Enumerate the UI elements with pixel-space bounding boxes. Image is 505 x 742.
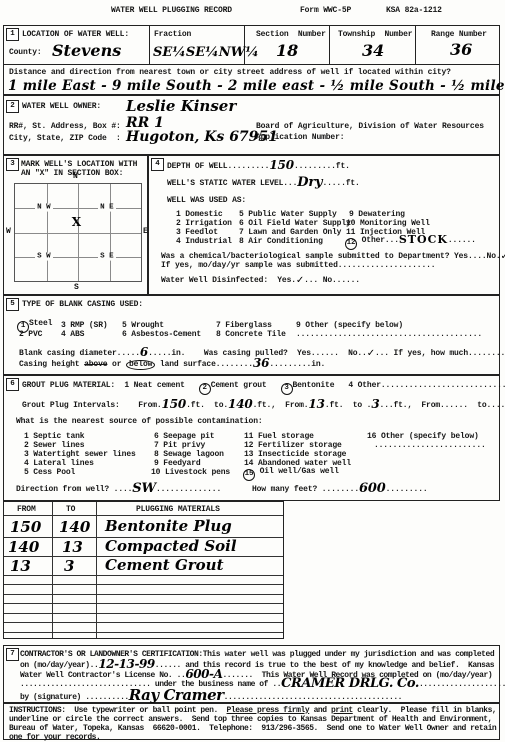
- interval-from1: 150: [162, 401, 187, 407]
- range-number-label: Range Number: [431, 30, 487, 39]
- contamination-option: 2 Sewer lines: [24, 441, 84, 450]
- township-number-label: Township Number: [338, 30, 412, 39]
- used-option: 2 Irrigation: [176, 219, 232, 228]
- used-option: 9 Dewatering: [349, 210, 405, 219]
- section4-number: 4: [151, 158, 164, 171]
- table-row-line: [4, 575, 283, 576]
- table-cell: 140: [59, 518, 90, 536]
- form-title: WATER WELL PLUGGING RECORD: [111, 6, 232, 15]
- compass-south-label: S: [74, 283, 79, 292]
- certification-line1: CONTRACTOR'S OR LANDOWNER'S CERTIFICATIO…: [20, 650, 494, 659]
- below-word-circled: below: [126, 360, 155, 370]
- static-water-level-line: WELL'S STATIC WATER LEVEL...Dry.....ft.: [167, 179, 360, 188]
- used-option-12-circled: 12: [345, 238, 357, 250]
- section5-title: TYPE OF BLANK CASING USED:: [22, 300, 143, 309]
- contamination-option: 4 Lateral lines: [24, 459, 94, 468]
- section3-mark-location-box: 3 MARK WELL'S LOCATION WITH AN "X" IN SE…: [3, 155, 148, 295]
- table-row-line: [4, 594, 283, 595]
- divider: [4, 64, 499, 65]
- casing-option: 4 ABS: [61, 330, 84, 339]
- section6-grout-box: 6 GROUT PLUG MATERIAL: 1 Neat cement 2Ce…: [3, 375, 500, 501]
- contamination-option: 7 Pit privy: [154, 441, 205, 450]
- section4-well-info-box: 4 DEPTH OF WELL.........150.........ft. …: [148, 155, 500, 295]
- contamination-option: 12 Fertilizer storage: [244, 441, 342, 450]
- interval-to2: 3: [371, 401, 379, 407]
- completed-date-value: 12-13-99: [98, 661, 154, 667]
- instructions-line3: Bureau of Water, Topeka, Kansas 66620-00…: [9, 724, 496, 733]
- table-cell: 13: [10, 557, 31, 575]
- disinfected-line: Water Well Disinfected: Yes.✓... No.....…: [161, 276, 360, 285]
- table-cell: 150: [10, 518, 41, 536]
- form-number: Form WWC-5P: [300, 6, 351, 15]
- table-column-divider: [52, 502, 53, 638]
- table-cell: 140: [8, 538, 39, 556]
- contamination-option: 5 Cess Pool: [24, 468, 75, 477]
- table-cell: 3: [64, 557, 74, 575]
- depth-of-well-line: DEPTH OF WELL.........150.........ft.: [167, 161, 350, 171]
- used-option: 3 Feedlot: [176, 228, 218, 237]
- instructions-line2: underline or circle the correct answers.…: [9, 715, 492, 724]
- used-option-other-line: 12 Other...STOCK......: [345, 236, 476, 250]
- range-number-value: 36: [450, 40, 472, 59]
- contamination-option: 11 Fuel storage: [244, 432, 314, 441]
- fraction-label: Fraction: [154, 30, 191, 39]
- casing-pulled-no-check: ✓: [367, 351, 375, 357]
- direction-from-well-line: Direction from well? ....SW.............…: [16, 485, 221, 494]
- certification-line5: by (signature) ..........Ray Cramer.....…: [20, 691, 402, 702]
- plugging-materials-table: FROM TO PLUGGING MATERIALS 150 140 Bento…: [3, 501, 284, 639]
- quadrant-ne-label: N E: [98, 204, 116, 212]
- casing-option: 7 Fiberglass: [216, 321, 272, 330]
- section1-location-box: 1 LOCATION OF WATER WELL: County: Steven…: [3, 25, 500, 95]
- used-option: 8 Air Conditioning: [239, 237, 323, 246]
- above-word-struck: above: [84, 360, 107, 369]
- compass-north-label: N: [73, 172, 78, 181]
- table-header-to: TO: [66, 505, 75, 514]
- township-number-value: 34: [362, 41, 384, 60]
- how-many-feet-line: How many feet? ........600.........: [252, 485, 428, 494]
- table-row-line: [4, 622, 283, 623]
- certification-line3: Water Well Contractor's License No. ..60…: [20, 670, 492, 680]
- used-option: 10 Monitoring Well: [346, 219, 430, 228]
- board-of-agriculture-label: Board of Agriculture, Division of Water …: [256, 122, 484, 131]
- contamination-option: 13 Insecticide storage: [244, 450, 346, 459]
- used-option: 5 Public Water Supply: [239, 210, 337, 219]
- water-well-plugging-record-form: WATER WELL PLUGGING RECORD Form WWC-5P K…: [0, 0, 505, 742]
- city-state-zip-label: City, State, ZIP Code :: [9, 134, 121, 143]
- casing-option: 6 Asbestos-Cement: [122, 330, 201, 339]
- section7-number: 7: [6, 648, 19, 661]
- contamination-other-dots: ........................: [374, 441, 486, 450]
- table-row-line: [4, 613, 283, 614]
- contamination-option: 8 Sewage lagoon: [154, 450, 224, 459]
- casing-option: 3 RMP (SR): [61, 321, 108, 330]
- section2-owner-box: 2 WATER WELL OWNER: Leslie Kinser RR#, S…: [3, 95, 500, 155]
- distance-value: 1 mile East - 9 mile South - 2 mile east…: [8, 78, 505, 94]
- sample-no-check: ✓: [501, 254, 505, 260]
- disinfected-yes-check: ✓: [296, 278, 304, 284]
- county-label: County:: [9, 48, 42, 57]
- direction-value: SW: [132, 486, 156, 492]
- quadrant-nw-label: N W: [35, 204, 53, 212]
- feet-value: 600: [359, 486, 386, 492]
- owner-value: Leslie Kinser: [126, 97, 236, 115]
- section5-casing-box: 5 TYPE OF BLANK CASING USED: 1Steel 3 RM…: [3, 295, 500, 375]
- contamination-option: 6 Seepage pit: [154, 432, 214, 441]
- grout-intervals-line: Grout Plug Intervals: From.150.ft. to.14…: [22, 400, 505, 410]
- table-row-line: [4, 584, 283, 585]
- section-location-grid: N W N E S W S E X: [14, 183, 142, 282]
- contamination-15-circled: 15: [243, 469, 255, 481]
- quadrant-se-label: S E: [98, 252, 116, 260]
- casing-option: 8 Concrete Tile: [216, 330, 286, 339]
- sample-submitted-line: Was a chemical/bacteriological sample su…: [161, 252, 505, 261]
- table-row-line: [4, 515, 283, 516]
- grid-line: [15, 257, 141, 258]
- owner-label: WATER WELL OWNER:: [22, 102, 101, 111]
- grout-option-3-circled: 3: [281, 383, 293, 395]
- used-option: 1 Domestic: [176, 210, 223, 219]
- section-number-label: Section Number: [256, 30, 326, 39]
- county-value: Stevens: [52, 41, 121, 60]
- table-cell: Cement Grout: [105, 556, 224, 574]
- grid-line: [15, 208, 141, 209]
- casing-height-line: Casing height above or below land surfac…: [19, 359, 325, 370]
- used-option: 7 Lawn and Garden Only: [239, 228, 341, 237]
- section5-number: 5: [6, 298, 19, 311]
- section2-number: 2: [6, 100, 19, 113]
- table-header-from: FROM: [17, 505, 36, 514]
- table-cell: Compacted Soil: [105, 537, 237, 555]
- interval-to1: 140: [228, 401, 253, 407]
- business-name-value: CRAMER DRLG. Co.: [281, 681, 419, 687]
- table-column-divider: [96, 502, 97, 638]
- license-number-value: 600-A: [185, 671, 222, 677]
- contamination-option: 9 Feedyard: [154, 459, 201, 468]
- contamination-option: 1 Septic tank: [24, 432, 84, 441]
- application-number-label: Application Number:: [256, 133, 344, 142]
- divider: [329, 26, 330, 64]
- contamination-label: What is the nearest source of possible c…: [16, 417, 263, 426]
- sample-date-line: If yes, mo/day/yr sample was submitted..…: [161, 261, 435, 270]
- section6-number: 6: [6, 378, 19, 391]
- depth-value: 150: [269, 162, 294, 168]
- contamination-option: 10 Livestock pens: [151, 468, 230, 477]
- casing-option: 2 PVC: [19, 330, 42, 339]
- instructions-line4: one for your records.: [9, 733, 100, 742]
- table-row-line: [4, 603, 283, 604]
- form-statute: KSA 82a-1212: [386, 6, 442, 15]
- address-label: RR#, St. Address, Box #:: [9, 122, 121, 131]
- divider: [415, 26, 416, 64]
- static-level-value: Dry: [297, 180, 322, 186]
- used-option: 4 Industrial: [176, 237, 232, 246]
- casing-option: 9 Other (specify below): [296, 321, 403, 330]
- grout-material-line: GROUT PLUG MATERIAL: 1 Neat cement 2Ceme…: [22, 381, 505, 395]
- section3-number: 3: [6, 158, 19, 171]
- section1-title: LOCATION OF WATER WELL:: [22, 30, 129, 39]
- section3-title-line1: MARK WELL'S LOCATION WITH: [21, 160, 137, 169]
- section-number-value: 18: [276, 41, 298, 60]
- table-cell: Bentonite Plug: [105, 517, 232, 535]
- press-firmly-underlined: Please press firmly: [227, 706, 310, 715]
- table-cell: 13: [62, 538, 83, 556]
- section7-certification-box: 7 CONTRACTOR'S OR LANDOWNER'S CERTIFICAT…: [3, 645, 500, 703]
- used-other-value: STOCK: [399, 237, 448, 243]
- instructions-line1: INSTRUCTIONS: Use typewriter or ball poi…: [9, 706, 496, 715]
- certification-line2: on (mo/day/year)..12-13-99...... and thi…: [20, 660, 494, 670]
- well-used-as-label: WELL WAS USED AS:: [167, 196, 246, 205]
- print-underlined: print: [331, 706, 353, 715]
- contamination-option: 16 Other (specify below): [367, 432, 479, 441]
- certification-line4: .............................. under the…: [20, 680, 505, 689]
- used-option: 6 Oil Field Water Supply: [239, 219, 351, 228]
- signature-value: Ray Cramer: [129, 692, 224, 698]
- contamination-option-oil: 15 Oil well/Gas well: [243, 467, 339, 481]
- well-location-x-mark: X: [72, 215, 81, 229]
- casing-height-value: 36: [253, 360, 269, 366]
- fraction-value: SE¼SE¼NW¼: [153, 45, 259, 60]
- distance-label: Distance and direction from nearest town…: [9, 68, 451, 77]
- table-row-line: [4, 632, 283, 633]
- casing-option: 5 Wrought: [122, 321, 164, 330]
- table-header-materials: PLUGGING MATERIALS: [136, 505, 220, 514]
- grout-option-2-circled: 2: [199, 383, 211, 395]
- instructions-box: INSTRUCTIONS: Use typewriter or ball poi…: [3, 703, 500, 740]
- casing-other-dots: ........................................: [296, 330, 482, 339]
- interval-from2: 13: [308, 401, 324, 407]
- section1-number: 1: [6, 28, 19, 41]
- contamination-option: 3 Watertight sewer lines: [24, 450, 136, 459]
- compass-west-label: W: [6, 227, 11, 236]
- grid-line: [15, 233, 141, 234]
- casing-diameter-value: 6: [140, 349, 148, 355]
- divider: [149, 26, 150, 64]
- quadrant-sw-label: S W: [35, 252, 53, 260]
